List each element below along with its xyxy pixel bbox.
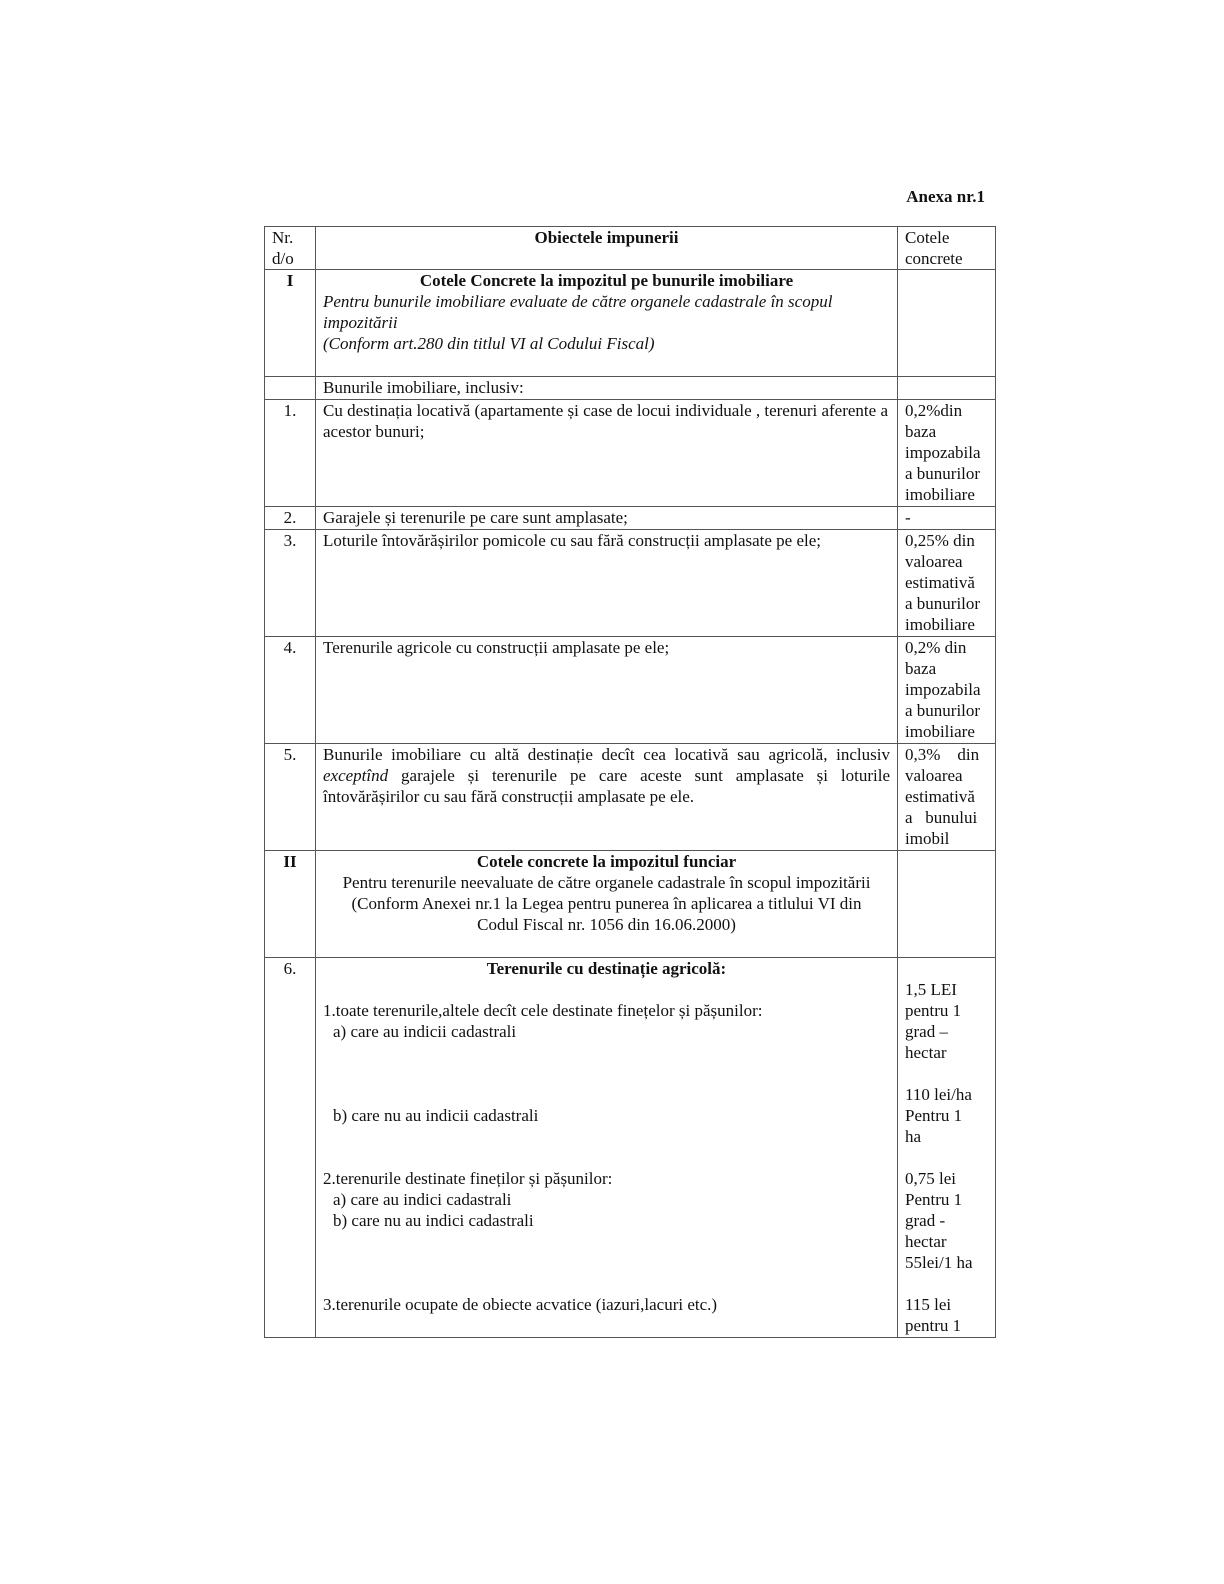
- section-number: I: [265, 270, 316, 377]
- row-object-cell: Terenurile cu destinație agricolă: 1.toa…: [316, 958, 898, 1338]
- row-object-cell: Garajele și terenurile pe care sunt ampl…: [316, 507, 898, 530]
- table-row: 2. Garajele și terenurile pe care sunt a…: [265, 507, 996, 530]
- rate-line: pentru 1: [905, 1000, 988, 1021]
- table-row: 4. Terenurile agricole cu construcții am…: [265, 637, 996, 744]
- section-reference: (Conform Anexei nr.1 la Legea pentru pun…: [323, 893, 890, 935]
- rate-line: 115 lei: [905, 1294, 988, 1315]
- row-rate-cell: 0,2%din baza impozabila a bunurilor imob…: [898, 400, 996, 507]
- spacer: [323, 979, 890, 1000]
- rate-line: imobiliare: [905, 614, 988, 635]
- table-row: Bunurile imobiliare, inclusiv:: [265, 377, 996, 400]
- rate-line: impozabila: [905, 679, 988, 700]
- group-item: b) care nu au indicii cadastrali: [323, 1105, 890, 1126]
- row-object-emphasis: exceptînd: [323, 766, 388, 785]
- group-item: a) care au indici cadastrali: [323, 1189, 890, 1210]
- rate-line: ha: [905, 1126, 988, 1147]
- header-nr-cell: Nr. d/o: [265, 227, 316, 270]
- table-header-row: Nr. d/o Obiectele impunerii Cotele concr…: [265, 227, 996, 270]
- rate-line: 0,2% din: [905, 637, 988, 658]
- section-row: II Cotele concrete la impozitul funciar …: [265, 851, 996, 958]
- rate-line: pentru 1: [905, 1315, 988, 1336]
- rate-line: a bunurilor: [905, 463, 988, 484]
- group-heading: 3.terenurile ocupate de obiecte acvatice…: [323, 1294, 890, 1315]
- section-reference: (Conform art.280 din titlul VI al Codulu…: [323, 333, 890, 354]
- group-heading: 2.terenurile destinate fineților și pășu…: [323, 1168, 890, 1189]
- rate-line: a bunurilor: [905, 700, 988, 721]
- spacer: [905, 1063, 988, 1084]
- rate-line: Pentru 1: [905, 1105, 988, 1126]
- rate-line: 0,2%din: [905, 400, 988, 421]
- row-object-cell: Cu destinația locativă (apartamente și c…: [316, 400, 898, 507]
- row-title: Terenurile cu destinație agricolă:: [323, 958, 890, 979]
- rate-line: imobiliare: [905, 721, 988, 742]
- spacer: [323, 1042, 890, 1084]
- section-rate-cell: [898, 270, 996, 377]
- section-rate-cell: [898, 851, 996, 958]
- tax-rates-table: Nr. d/o Obiectele impunerii Cotele concr…: [264, 226, 996, 1338]
- rate-line: 1,5 LEI: [905, 979, 988, 1000]
- group-item: a) care au indicii cadastrali: [323, 1021, 890, 1042]
- rate-line: grad –: [905, 1021, 988, 1042]
- row-number-cell: [265, 377, 316, 400]
- header-rate-line: concrete: [905, 248, 988, 269]
- row-number-cell: 6.: [265, 958, 316, 1338]
- row-rate-cell: [898, 377, 996, 400]
- spacer: [905, 1273, 988, 1294]
- spacer: [323, 1084, 890, 1105]
- spacer: [323, 1231, 890, 1273]
- rate-line: a bunurilor: [905, 593, 988, 614]
- table-row: 5. Bunurile imobiliare cu altă destinați…: [265, 744, 996, 851]
- row-number-cell: 3.: [265, 530, 316, 637]
- spacer: [323, 1126, 890, 1168]
- section-subtitle: Pentru bunurile imobiliare evaluate de c…: [323, 291, 890, 333]
- section-description: Cotele Concrete la impozitul pe bunurile…: [316, 270, 898, 377]
- table-row: 1. Cu destinația locativă (apartamente ș…: [265, 400, 996, 507]
- row-rate-cell: 0,25% din valoarea estimativă a bunurilo…: [898, 530, 996, 637]
- row-object-cell: Terenurile agricole cu construcții ampla…: [316, 637, 898, 744]
- header-object-cell: Obiectele impunerii: [316, 227, 898, 270]
- header-rate-cell: Cotele concrete: [898, 227, 996, 270]
- spacer: [905, 1147, 988, 1168]
- rate-line: imobil: [905, 828, 988, 849]
- rate-line: Pentru 1: [905, 1189, 988, 1210]
- section-row: I Cotele Concrete la impozitul pe bunuri…: [265, 270, 996, 377]
- section-number: II: [265, 851, 316, 958]
- section-description: Cotele concrete la impozitul funciar Pen…: [316, 851, 898, 958]
- spacer: [323, 1273, 890, 1294]
- rate-line: 110 lei/ha: [905, 1084, 988, 1105]
- rate-line: baza: [905, 658, 988, 679]
- rate-line: a bunului: [905, 807, 988, 828]
- section-title: Cotele concrete la impozitul funciar: [323, 851, 890, 872]
- table-row: 3. Loturile întovărășirilor pomicole cu …: [265, 530, 996, 637]
- rate-line: 0,3% din: [905, 744, 988, 765]
- header-rate-line: Cotele: [905, 227, 988, 248]
- row-number-cell: 4.: [265, 637, 316, 744]
- row-rate-cell: 0,3% din valoarea estimativă a bunului i…: [898, 744, 996, 851]
- row-rate-cell: 1,5 LEI pentru 1 grad – hectar 110 lei/h…: [898, 958, 996, 1338]
- rate-line: 0,75 lei: [905, 1168, 988, 1189]
- group-heading: 1.toate terenurile,altele decît cele des…: [323, 1000, 890, 1021]
- rate-line: 55lei/1 ha: [905, 1252, 988, 1273]
- header-nr-line: d/o: [272, 248, 308, 269]
- row-number-cell: 2.: [265, 507, 316, 530]
- row-number-cell: 1.: [265, 400, 316, 507]
- header-nr-line: Nr.: [272, 227, 308, 248]
- row-object-text: garajele și terenurile pe care aceste su…: [323, 766, 890, 806]
- rate-line: valoarea: [905, 765, 988, 786]
- annex-label: Anexa nr.1: [906, 186, 985, 207]
- spacer: [905, 958, 988, 979]
- row-object-cell: Bunurile imobiliare, inclusiv:: [316, 377, 898, 400]
- row-object-text: Bunurile imobiliare cu altă destinație d…: [323, 745, 890, 764]
- section-title: Cotele Concrete la impozitul pe bunurile…: [323, 270, 890, 291]
- rate-line: grad -: [905, 1210, 988, 1231]
- row-number-cell: 5.: [265, 744, 316, 851]
- section-subtitle: Pentru terenurile neevaluate de către or…: [323, 872, 890, 893]
- row-rate-cell: 0,2% din baza impozabila a bunurilor imo…: [898, 637, 996, 744]
- rate-line: hectar: [905, 1042, 988, 1063]
- rate-line: hectar: [905, 1231, 988, 1252]
- rate-line: baza: [905, 421, 988, 442]
- row-object-cell: Bunurile imobiliare cu altă destinație d…: [316, 744, 898, 851]
- rate-line: estimativă: [905, 786, 988, 807]
- table-row: 6. Terenurile cu destinație agricolă: 1.…: [265, 958, 996, 1338]
- group-item: b) care nu au indici cadastrali: [323, 1210, 890, 1231]
- row-object-cell: Loturile întovărășirilor pomicole cu sau…: [316, 530, 898, 637]
- rate-line: imobiliare: [905, 484, 988, 505]
- rate-line: impozabila: [905, 442, 988, 463]
- rate-line: 0,25% din: [905, 530, 988, 551]
- rate-line: -: [905, 507, 988, 528]
- rate-line: valoarea: [905, 551, 988, 572]
- row-rate-cell: -: [898, 507, 996, 530]
- rate-line: estimativă: [905, 572, 988, 593]
